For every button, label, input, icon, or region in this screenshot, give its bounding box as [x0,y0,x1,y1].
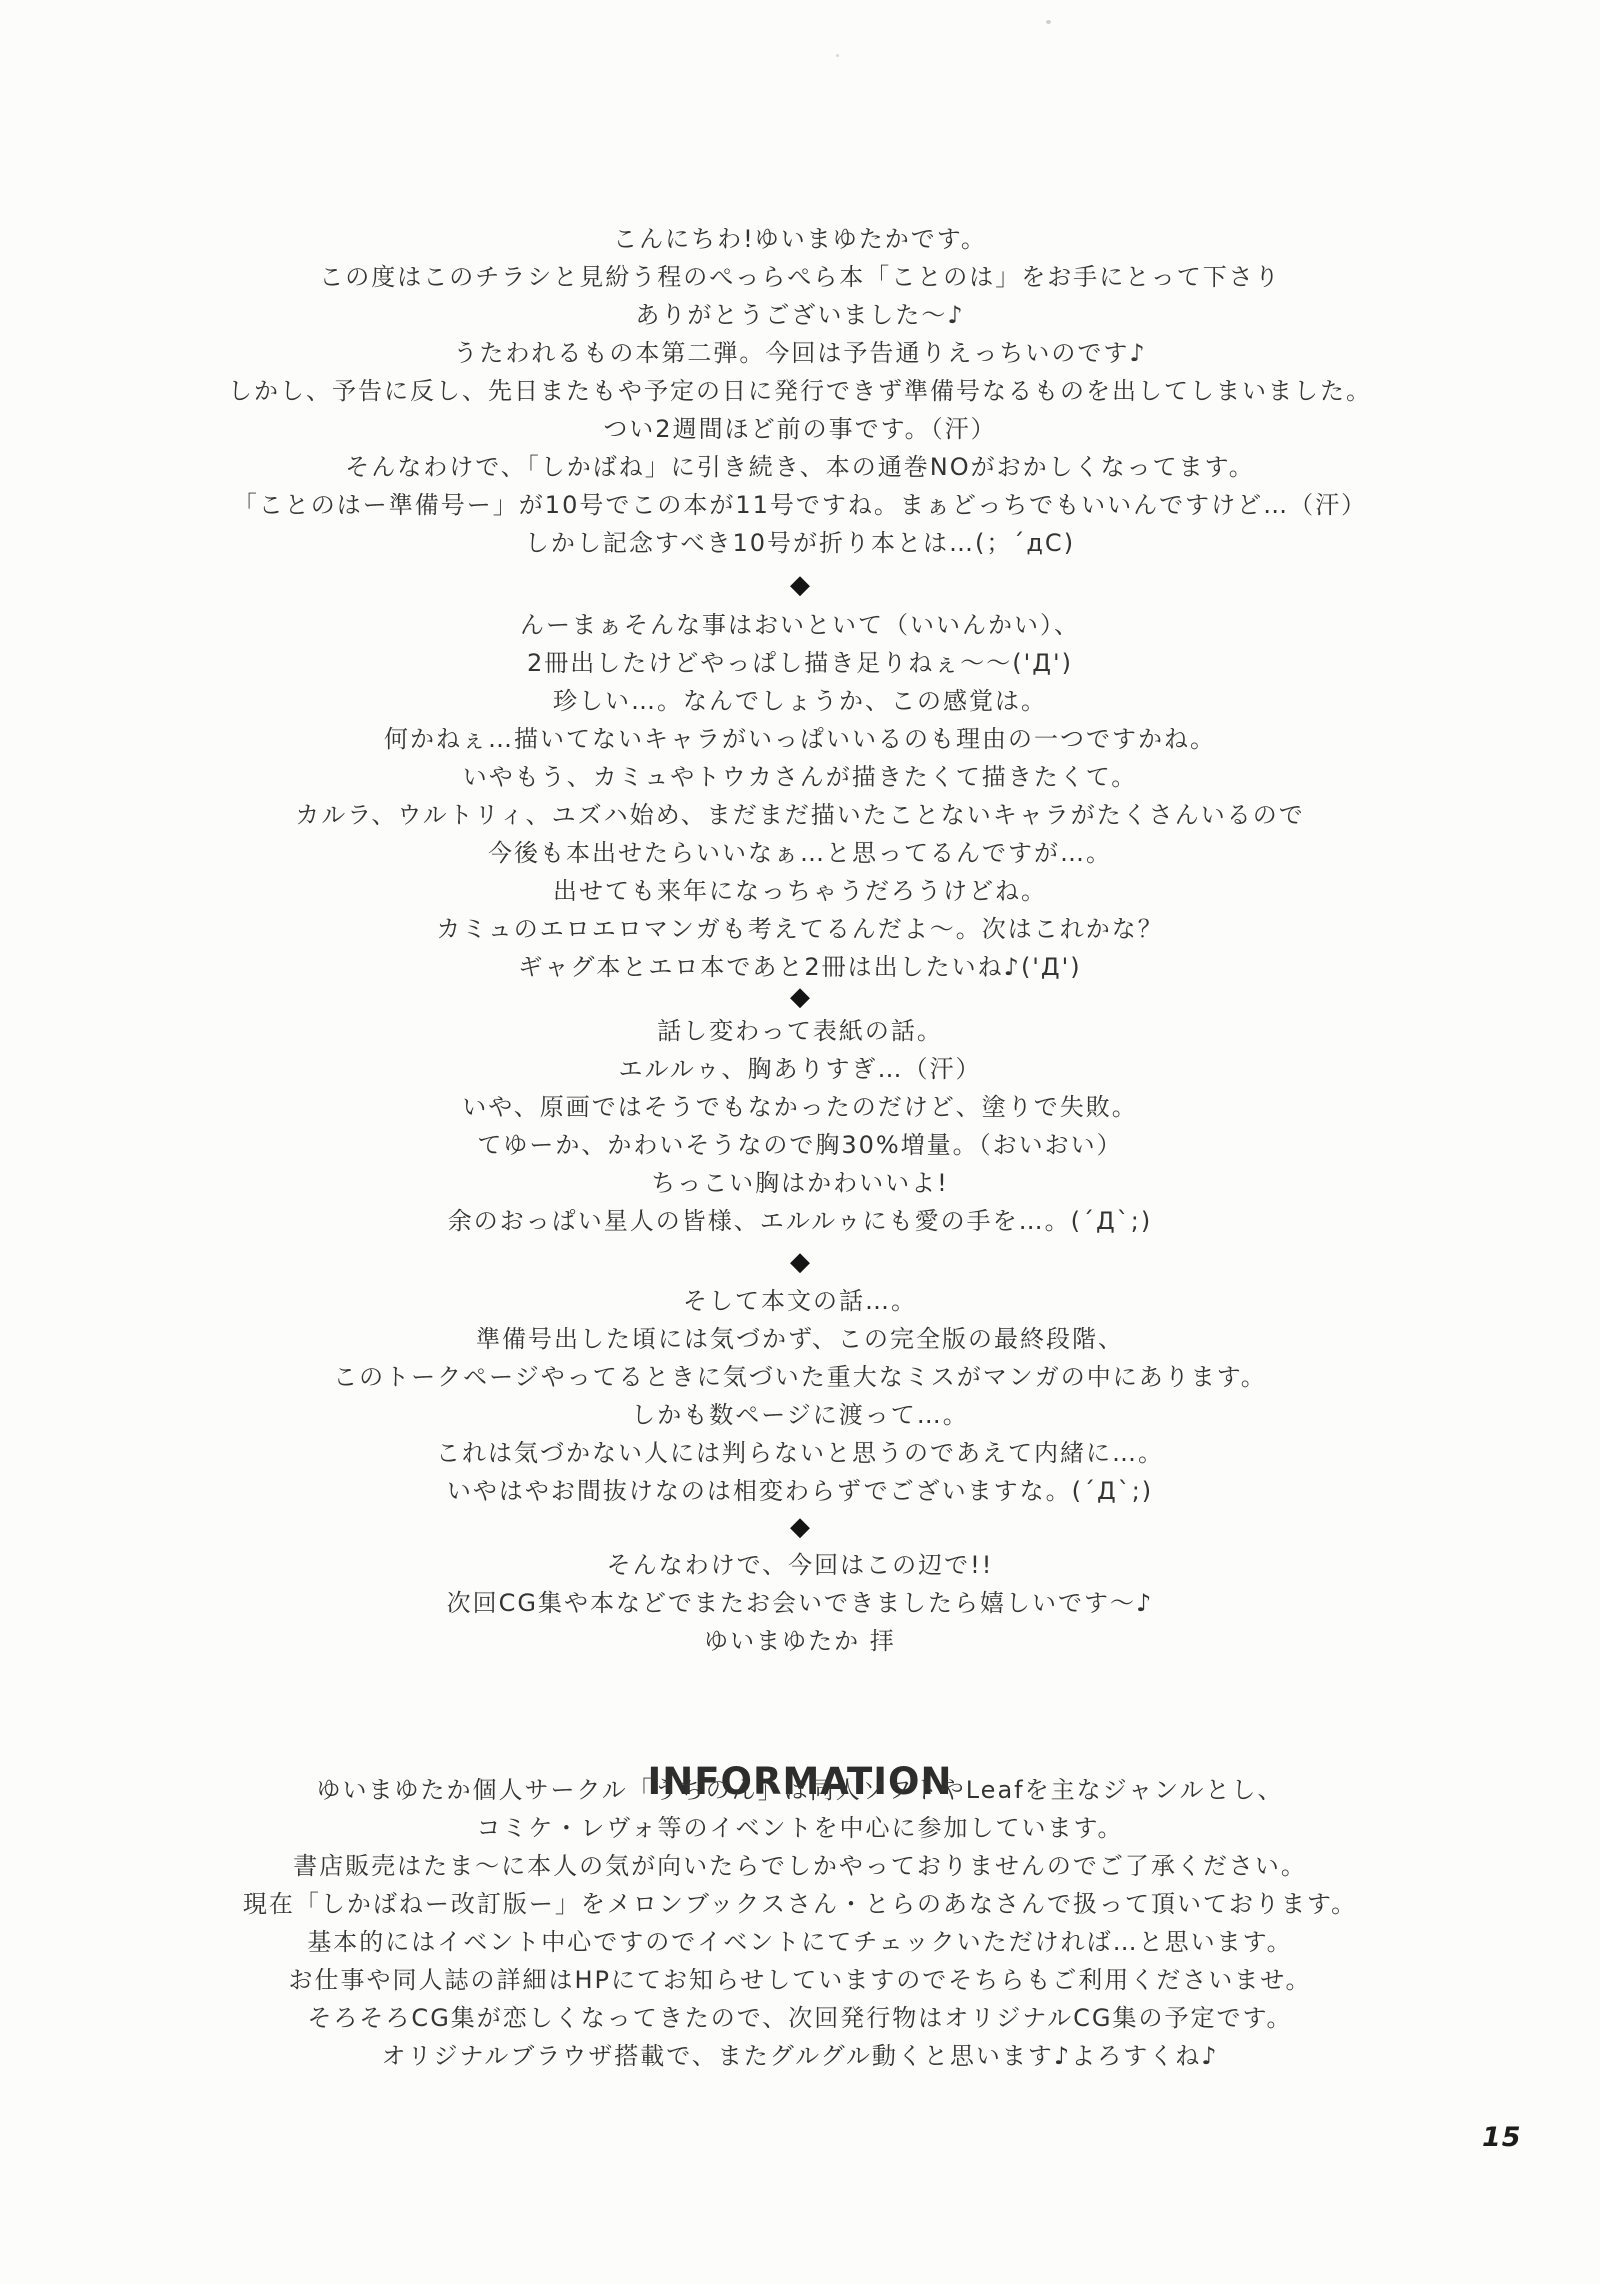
text-line: いやもう、カミュやトウカさんが描きたくて描きたくて。 [28,758,1572,796]
text-line: この度はこのチラシと見紛う程のぺっらぺら本「ことのは」をお手にとって下さり [28,258,1572,296]
diamond-divider-icon: ◆ [28,1243,1572,1281]
text-line: これは気づかない人には判らないと思うのであえて内緒に…。 [28,1434,1572,1472]
text-line: このトークページやってるときに気づいた重大なミスがマンガの中にあります。 [28,1358,1572,1396]
information-paragraph: ゆいまゆたか個人サークル「うちのん」は同人ソフトやLeafを主なジャンルとし、 … [28,1771,1572,2075]
text-line: 次回CG集や本などでまたお会いできましたら嬉しいです～♪ [28,1584,1572,1622]
text-line: コミケ・レヴォ等のイベントを中心に参加しています。 [28,1809,1572,1847]
afterword-paragraph-4: そして本文の話…。 準備号出した頃には気づかず、この完全版の最終段階、 このトー… [28,1282,1572,1510]
text-line: しかし記念すべき10号が折り本とは…(；´дC) [28,524,1572,562]
text-line: いや、原画ではそうでもなかったのだけど、塗りで失敗。 [28,1088,1572,1126]
text-line: 何かねぇ…描いてないキャラがいっぱいいるのも理由の一つですかね。 [28,720,1572,758]
text-line: 今後も本出せたらいいなぁ…と思ってるんですが…。 [28,834,1572,872]
author-signature: ゆいまゆたか 拝 [28,1622,1572,1660]
text-line: お仕事や同人誌の詳細はHPにてお知らせしていますのでそちらもご利用くださいませ。 [28,1961,1572,1999]
diamond-divider-icon: ◆ [28,1508,1572,1546]
text-line: 基本的にはイベント中心ですのでイベントにてチェックいただければ…と思います。 [28,1923,1572,1961]
text-line: 現在「しかばねー改訂版ー」をメロンブックスさん・とらのあなさんで扱って頂いており… [28,1885,1572,1923]
text-line: んーまぁそんな事はおいといて（いいんかい）、 [28,606,1572,644]
afterword-paragraph-1: こんにちわ!ゆいまゆたかです。 この度はこのチラシと見紛う程のぺっらぺら本「こと… [28,220,1572,562]
text-line: 余のおっぱい星人の皆様、エルルゥにも愛の手を…。(´Д`;) [28,1202,1572,1240]
text-line: 2冊出したけどやっぱし描き足りねぇ～～('Д') [28,644,1572,682]
text-line: しかし、予告に反し、先日またもや予定の日に発行できず準備号なるものを出してしまい… [28,372,1572,410]
scan-speck [836,54,839,57]
text-line: カミュのエロエロマンガも考えてるんだよ～。次はこれかな？ [28,910,1572,948]
text-line: こんにちわ!ゆいまゆたかです。 [28,220,1572,258]
text-line: 珍しい…。なんでしょうか、この感覚は。 [28,682,1572,720]
text-line: 「ことのはー準備号ー」が10号でこの本が11号ですね。まぁどっちでもいいんですけ… [28,486,1572,524]
text-line: ゆいまゆたか個人サークル「うちのん」は同人ソフトやLeafを主なジャンルとし、 [28,1771,1572,1809]
text-line: そんなわけで、今回はこの辺で!! [28,1546,1572,1584]
text-line: てゆーか、かわいそうなので胸30%増量。（おいおい） [28,1126,1572,1164]
text-line: エルルゥ、胸ありすぎ…（汗） [28,1050,1572,1088]
scanned-page: こんにちわ!ゆいまゆたかです。 この度はこのチラシと見紛う程のぺっらぺら本「こと… [0,0,1600,2284]
text-line: 出せても来年になっちゃうだろうけどね。 [28,872,1572,910]
diamond-divider-icon: ◆ [28,566,1572,604]
text-line: オリジナルブラウザ搭載で、またグルグル動くと思います♪よろすくね♪ [28,2037,1572,2075]
afterword-closing: そんなわけで、今回はこの辺で!! 次回CG集や本などでまたお会いできましたら嬉し… [28,1546,1572,1660]
text-line: うたわれるもの本第二弾。今回は予告通りえっちいのです♪ [28,334,1572,372]
text-line: ありがとうございました～♪ [28,296,1572,334]
text-line: カルラ、ウルトリィ、ユズハ始め、まだまだ描いたことないキャラがたくさんいるので [28,796,1572,834]
text-line: いやはやお間抜けなのは相変わらずでございますな。(´Д`;) [28,1472,1572,1510]
text-line: 準備号出した頃には気づかず、この完全版の最終段階、 [28,1320,1572,1358]
text-line: つい2週間ほど前の事です。（汗） [28,410,1572,448]
page-number: 15 [1482,2122,1522,2153]
text-line: 書店販売はたま～に本人の気が向いたらでしかやっておりませんのでご了承ください。 [28,1847,1572,1885]
scan-speck [1046,20,1051,24]
text-line: しかも数ページに渡って…。 [28,1396,1572,1434]
afterword-paragraph-3: 話し変わって表紙の話。 エルルゥ、胸ありすぎ…（汗） いや、原画ではそうでもなか… [28,1012,1572,1240]
text-line: そして本文の話…。 [28,1282,1572,1320]
afterword-paragraph-2: んーまぁそんな事はおいといて（いいんかい）、 2冊出したけどやっぱし描き足りねぇ… [28,606,1572,986]
text-line: そんなわけで、「しかばね」に引き続き、本の通巻NOがおかしくなってます。 [28,448,1572,486]
text-line: 話し変わって表紙の話。 [28,1012,1572,1050]
text-line: そろそろCG集が恋しくなってきたので、次回発行物はオリジナルCG集の予定です。 [28,1999,1572,2037]
diamond-divider-icon: ◆ [28,978,1572,1016]
text-line: ちっこい胸はかわいいよ! [28,1164,1572,1202]
